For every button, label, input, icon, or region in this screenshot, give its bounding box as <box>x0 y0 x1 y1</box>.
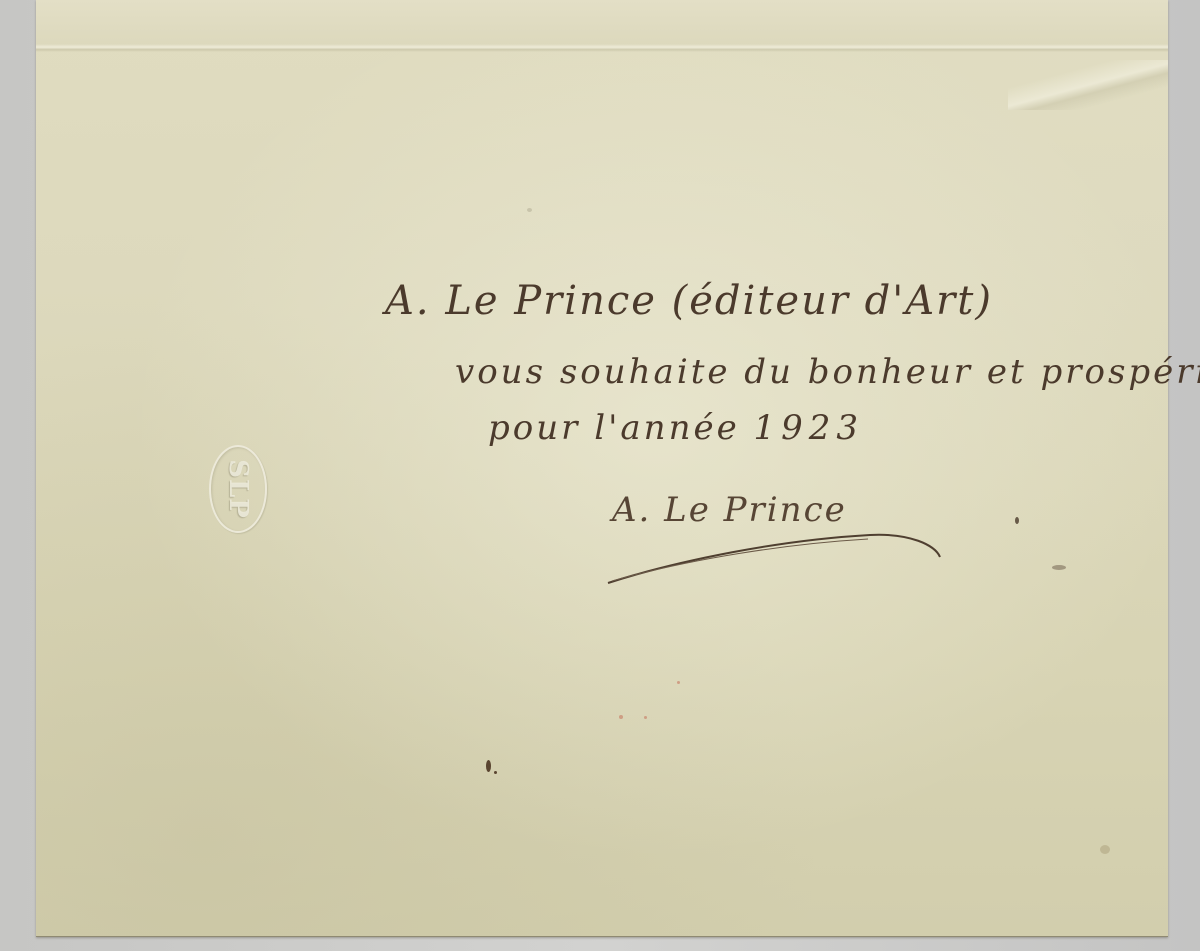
top-fold-flap <box>36 0 1168 48</box>
handwritten-line-wishes: vous souhaite du bonheur et prospérité <box>455 352 1200 392</box>
ink-smudge <box>1052 565 1066 570</box>
foxing-spot <box>619 715 623 719</box>
embossed-stamp: SLP <box>209 445 267 533</box>
fold-crease <box>36 44 1168 52</box>
stain <box>1100 845 1110 854</box>
corner-crease <box>1008 60 1168 110</box>
paper-sheet: SLP <box>36 0 1168 937</box>
emboss-letters: SLP <box>223 459 253 519</box>
ink-speck <box>494 771 497 774</box>
year-prefix: pour l'année <box>488 408 754 448</box>
signature-flourish-icon <box>600 515 945 590</box>
ink-speck <box>486 760 491 772</box>
ink-smudge <box>1015 517 1019 524</box>
foxing-spot <box>644 716 647 719</box>
foxing-spot <box>677 681 680 684</box>
handwritten-line-sender: A. Le Prince (éditeur d'Art) <box>385 278 993 324</box>
handwritten-line-year: pour l'année 1923 <box>488 408 864 448</box>
speck <box>527 208 532 212</box>
year-value: 1923 <box>754 408 865 448</box>
